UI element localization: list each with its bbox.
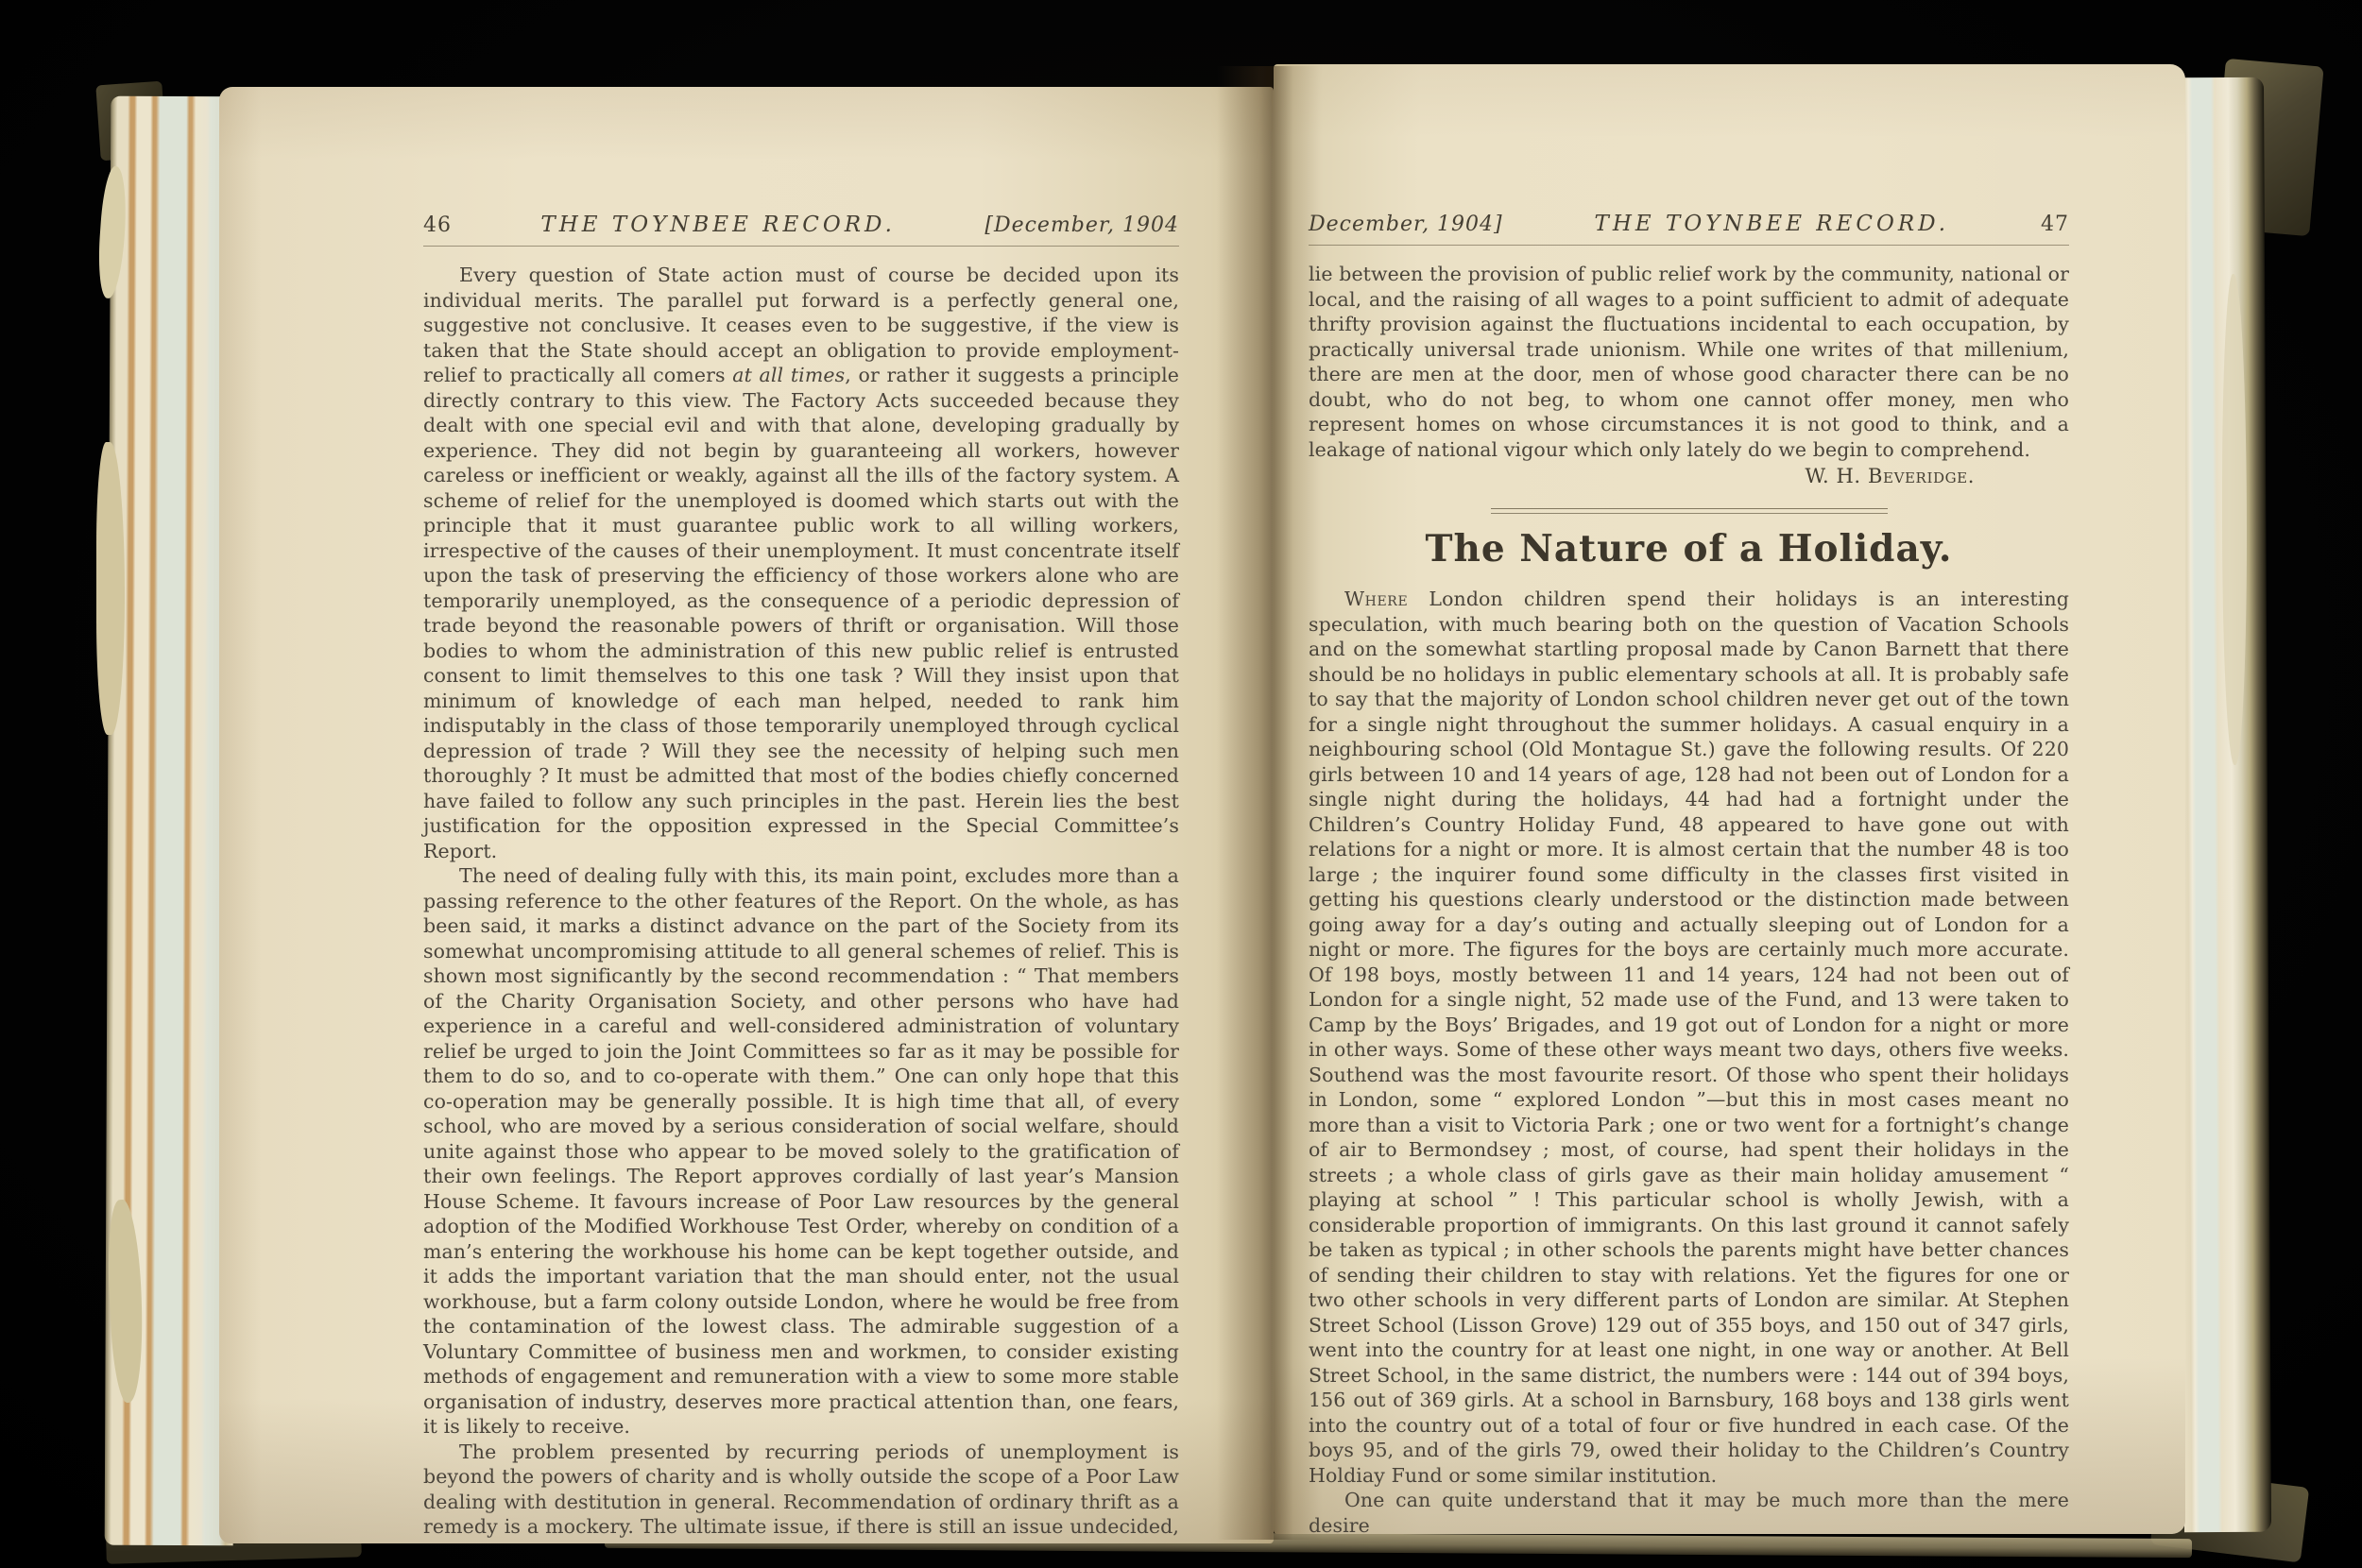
paragraph: One can quite understand that it may be …: [1309, 1488, 2069, 1534]
paragraph: Where London children spend their holida…: [1309, 587, 2069, 1488]
right-page-edge-stack: [2177, 77, 2271, 1532]
photo-background: 46 THE TOYNBEE RECORD. [December, 1904 E…: [0, 0, 2362, 1568]
page-number-left: 46: [423, 213, 452, 237]
article-title: The Nature of a Holiday.: [1309, 527, 2069, 571]
article-body: Where London children spend their holida…: [1309, 587, 2069, 1534]
section-divider-rule: [1491, 508, 1888, 514]
right-page-header: December, 1904] THE TOYNBEE RECORD. 47: [1309, 212, 2069, 236]
header-rule-left: [423, 246, 1179, 247]
left-page-header: 46 THE TOYNBEE RECORD. [December, 1904: [423, 213, 1179, 237]
running-title-right: THE TOYNBEE RECORD.: [1595, 212, 1950, 236]
running-title-left: THE TOYNBEE RECORD.: [540, 213, 896, 237]
left-page-body: Every question of State action must of c…: [423, 263, 1179, 1543]
paragraph: The need of dealing fully with this, its…: [423, 863, 1179, 1440]
left-page-content: 46 THE TOYNBEE RECORD. [December, 1904 E…: [219, 87, 1274, 1543]
issue-date-left: [December, 1904: [984, 213, 1179, 237]
paragraph: lie between the provision of public reli…: [1309, 262, 2069, 462]
paragraph: Every question of State action must of c…: [423, 263, 1179, 863]
issue-date-right: December, 1904]: [1309, 213, 1503, 236]
header-rule-right: [1309, 245, 2069, 246]
author-signature: W. H. Beveridge.: [1309, 464, 2069, 489]
page-number-right: 47: [2041, 213, 2069, 236]
right-page: December, 1904] THE TOYNBEE RECORD. 47 l…: [1274, 64, 2185, 1534]
left-page: 46 THE TOYNBEE RECORD. [December, 1904 E…: [219, 87, 1274, 1543]
author-name: W. H. Beveridge.: [1805, 465, 1975, 487]
paragraph: The problem presented by recurring perio…: [423, 1440, 1179, 1544]
right-page-content: December, 1904] THE TOYNBEE RECORD. 47 l…: [1274, 64, 2185, 1534]
continuation-body: lie between the provision of public reli…: [1309, 262, 2069, 462]
